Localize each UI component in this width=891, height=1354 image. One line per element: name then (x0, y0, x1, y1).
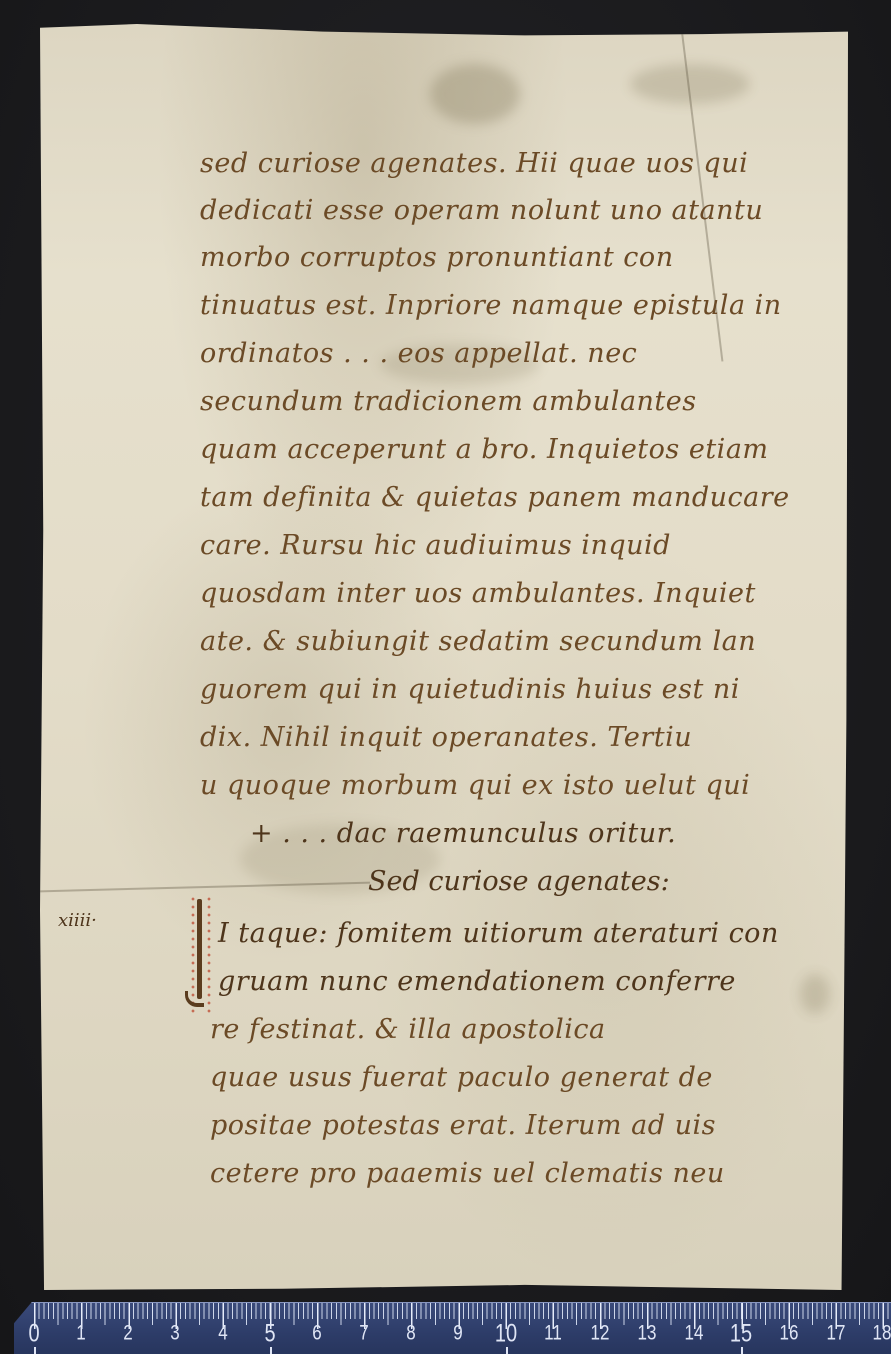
ruler-label: 10 (495, 1320, 517, 1349)
stain (430, 64, 520, 124)
ruler-five-cm-tick (270, 1347, 272, 1354)
marginal-chapter-numeral: xiiii· (58, 910, 97, 931)
initial-hook (185, 991, 204, 1007)
ruler-label: 2 (123, 1321, 132, 1346)
manuscript-line: secundum tradicionem ambulantes (200, 386, 697, 417)
ruler-five-cm-tick (741, 1347, 743, 1354)
initial-stroke (197, 899, 202, 999)
ruler-label: 3 (170, 1321, 179, 1346)
ruler-label: 18 (873, 1321, 891, 1346)
manuscript-line: u quoque morbum qui ex isto uelut qui (200, 770, 750, 801)
manuscript-line: guorem qui in quietudinis huius est ni (200, 674, 740, 705)
ruler-label: 7 (359, 1321, 368, 1346)
ruler-label: 17 (827, 1321, 846, 1346)
ruler-label: 8 (406, 1321, 415, 1346)
measurement-ruler: 0 1 2 3 4 5 6 7 8 9 10 11 12 13 14 15 16… (14, 1302, 891, 1354)
manuscript-line: cetere pro paaemis uel clematis neu (210, 1158, 725, 1189)
manuscript-line: morbo corruptos pronuntiant con (200, 242, 674, 273)
manuscript-line: dedicati esse operam nolunt uno atantu (200, 195, 763, 226)
manuscript-line: tinuatus est. Inpriore namque epistula i… (200, 290, 782, 321)
ruler-label: 4 (218, 1321, 227, 1346)
stain (800, 974, 830, 1014)
ruler-label: 6 (312, 1321, 321, 1346)
manuscript-line: quam acceperunt a bro. Inquietos etiam (200, 434, 769, 465)
manuscript-line: sed curiose agenates. Hii quae uos qui (200, 148, 748, 179)
manuscript-line: quosdam inter uos ambulantes. Inquiet (200, 578, 756, 609)
ruler-label: 11 (544, 1321, 562, 1346)
ruler-five-cm-tick (506, 1347, 508, 1354)
ruler-label: 15 (730, 1320, 752, 1349)
manuscript-line: + . . . dac raemunculus oritur. (250, 818, 676, 849)
manuscript-line: positae potestas erat. Iterum ad uis (210, 1110, 716, 1141)
manuscript-line: tam definita & quietas panem manducare (200, 482, 790, 513)
ruler-label: 0 (28, 1320, 39, 1349)
manuscript-line: ate. & subiungit sedatim secundum lan (200, 626, 756, 657)
ruler-label: 14 (685, 1321, 704, 1346)
manuscript-line: care. Rursu hic audiuimus inquid (200, 530, 671, 561)
ruler-label: 9 (453, 1321, 462, 1346)
manuscript-line: dix. Nihil inquit operanates. Tertiu (200, 722, 692, 753)
manuscript-line: ordinatos . . . eos appellat. nec (200, 338, 637, 369)
ruler-label: 12 (591, 1321, 610, 1346)
ruler-label: 1 (76, 1321, 85, 1346)
ruler-label: 13 (638, 1321, 657, 1346)
rubric-heading: Sed curiose agenates: (368, 866, 670, 897)
ruler-label: 16 (780, 1321, 799, 1346)
manuscript-line: re festinat. & illa apostolica (210, 1014, 606, 1045)
manuscript-line: gruam nunc emendationem conferre (218, 966, 736, 997)
ruler-five-cm-tick (34, 1347, 36, 1354)
ruler-label: 5 (264, 1320, 275, 1349)
manuscript-line: I taque: fomitem uitiorum ateraturi con (218, 918, 779, 949)
manuscript-line: quae usus fuerat paculo generat de (210, 1062, 713, 1093)
decorated-initial-I (183, 895, 217, 1015)
